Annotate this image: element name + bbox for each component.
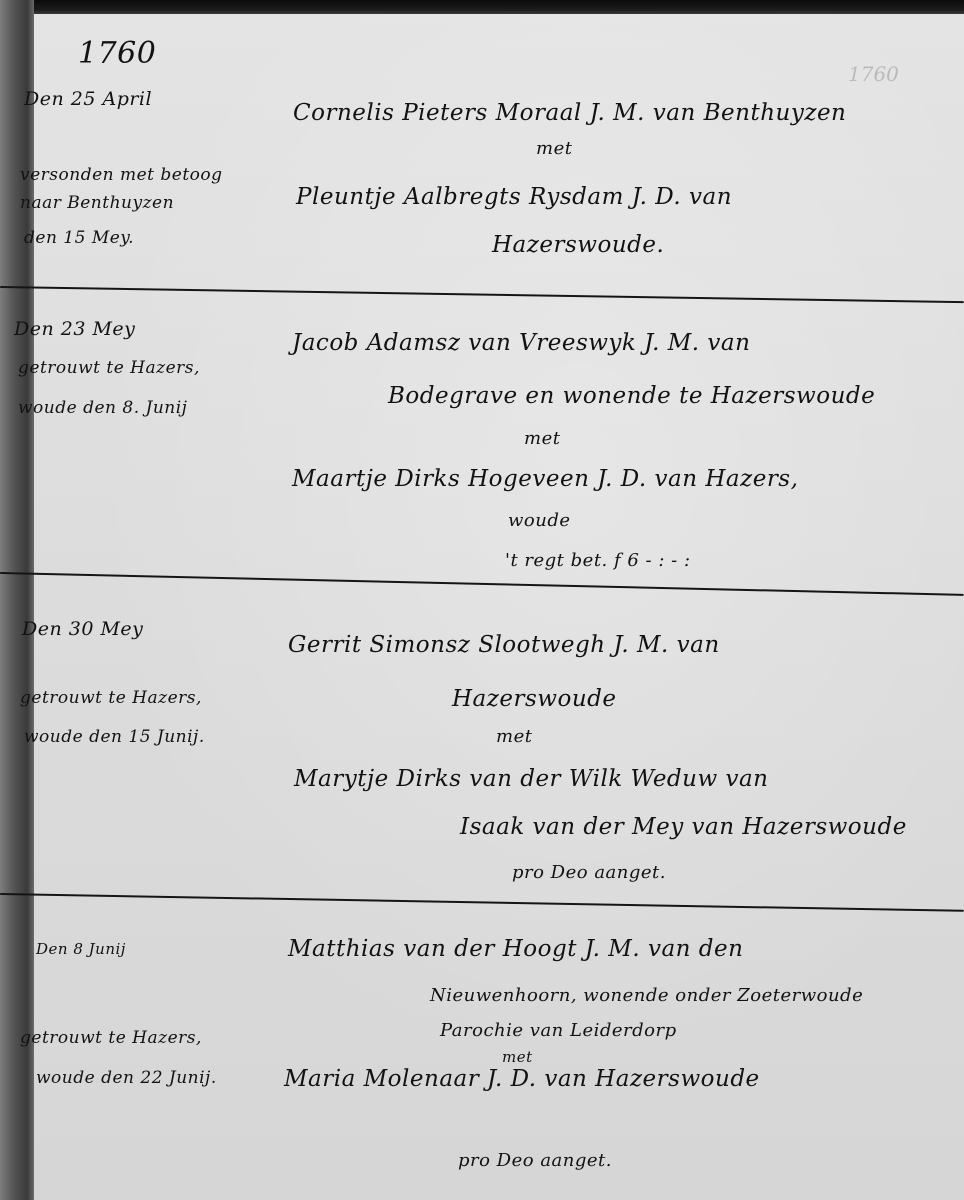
entry-2-fee: 't regt bet. f 6 - : - : bbox=[505, 550, 691, 571]
entry-4-note-2: woude den 22 Junij. bbox=[36, 1068, 217, 1088]
entry-4-met: met bbox=[502, 1048, 533, 1066]
entry-3-bride: Marytje Dirks van der Wilk Weduw van bbox=[294, 766, 769, 792]
entry-1-bride-cont: Hazerswoude. bbox=[492, 232, 664, 258]
entry-3-date: Den 30 Mey bbox=[22, 618, 143, 640]
entry-3-groom-cont: Hazerswoude bbox=[452, 686, 616, 712]
entry-divider-2 bbox=[0, 572, 964, 596]
entry-3-note: pro Deo aanget. bbox=[512, 862, 666, 883]
entry-3-note-2: woude den 15 Junij. bbox=[24, 727, 205, 747]
entry-2-groom-cont: Bodegrave en wonende te Hazerswoude bbox=[388, 383, 875, 409]
entry-1-date: Den 25 April bbox=[24, 88, 152, 110]
entry-1-met: met bbox=[536, 138, 572, 159]
entry-1-note-1: versonden met betoog bbox=[20, 165, 223, 185]
entry-1-note-2: naar Benthuyzen bbox=[20, 193, 174, 213]
entry-3-bride-cont: Isaak van der Mey van Hazerswoude bbox=[460, 814, 907, 840]
entry-2-groom: Jacob Adamsz van Vreeswyk J. M. van bbox=[292, 330, 750, 356]
entry-2-note-2: woude den 8. Junij bbox=[18, 398, 187, 418]
entry-divider-3 bbox=[0, 893, 964, 912]
entry-1-groom: Cornelis Pieters Moraal J. M. van Benthu… bbox=[293, 100, 846, 126]
entry-4-groom-cont-2: Parochie van Leiderdorp bbox=[440, 1020, 677, 1041]
entry-3-met: met bbox=[496, 726, 532, 747]
entry-4-note-1: getrouwt te Hazers, bbox=[20, 1028, 202, 1048]
entry-4-note: pro Deo aanget. bbox=[458, 1150, 612, 1171]
entry-2-bride-cont: woude bbox=[508, 510, 571, 531]
entry-divider-1 bbox=[0, 286, 964, 303]
entry-4-bride: Maria Molenaar J. D. van Hazerswoude bbox=[284, 1066, 760, 1092]
entry-2-met: met bbox=[524, 428, 560, 449]
entry-4-groom-cont-1: Nieuwenhoorn, wonende onder Zoeterwoude bbox=[430, 985, 863, 1006]
entry-2-note-1: getrouwt te Hazers, bbox=[18, 358, 200, 378]
page-top-edge bbox=[0, 0, 964, 14]
entry-1-bride: Pleuntje Aalbregts Rysdam J. D. van bbox=[296, 184, 732, 210]
bleed-through-year: 1760 bbox=[848, 62, 899, 86]
entry-2-bride: Maartje Dirks Hogeveen J. D. van Hazers, bbox=[292, 466, 798, 492]
entry-4-groom: Matthias van der Hoogt J. M. van den bbox=[288, 936, 743, 962]
register-page: 1760 1760 Den 25 April versonden met bet… bbox=[0, 0, 964, 1200]
entry-3-groom: Gerrit Simonsz Slootwegh J. M. van bbox=[288, 632, 720, 658]
entry-2-date: Den 23 Mey bbox=[14, 318, 135, 340]
entry-3-note-1: getrouwt te Hazers, bbox=[20, 688, 202, 708]
entry-4-date: Den 8 Junij bbox=[36, 940, 126, 958]
register-year: 1760 bbox=[78, 36, 156, 71]
entry-1-note-3: den 15 Mey. bbox=[24, 228, 134, 248]
